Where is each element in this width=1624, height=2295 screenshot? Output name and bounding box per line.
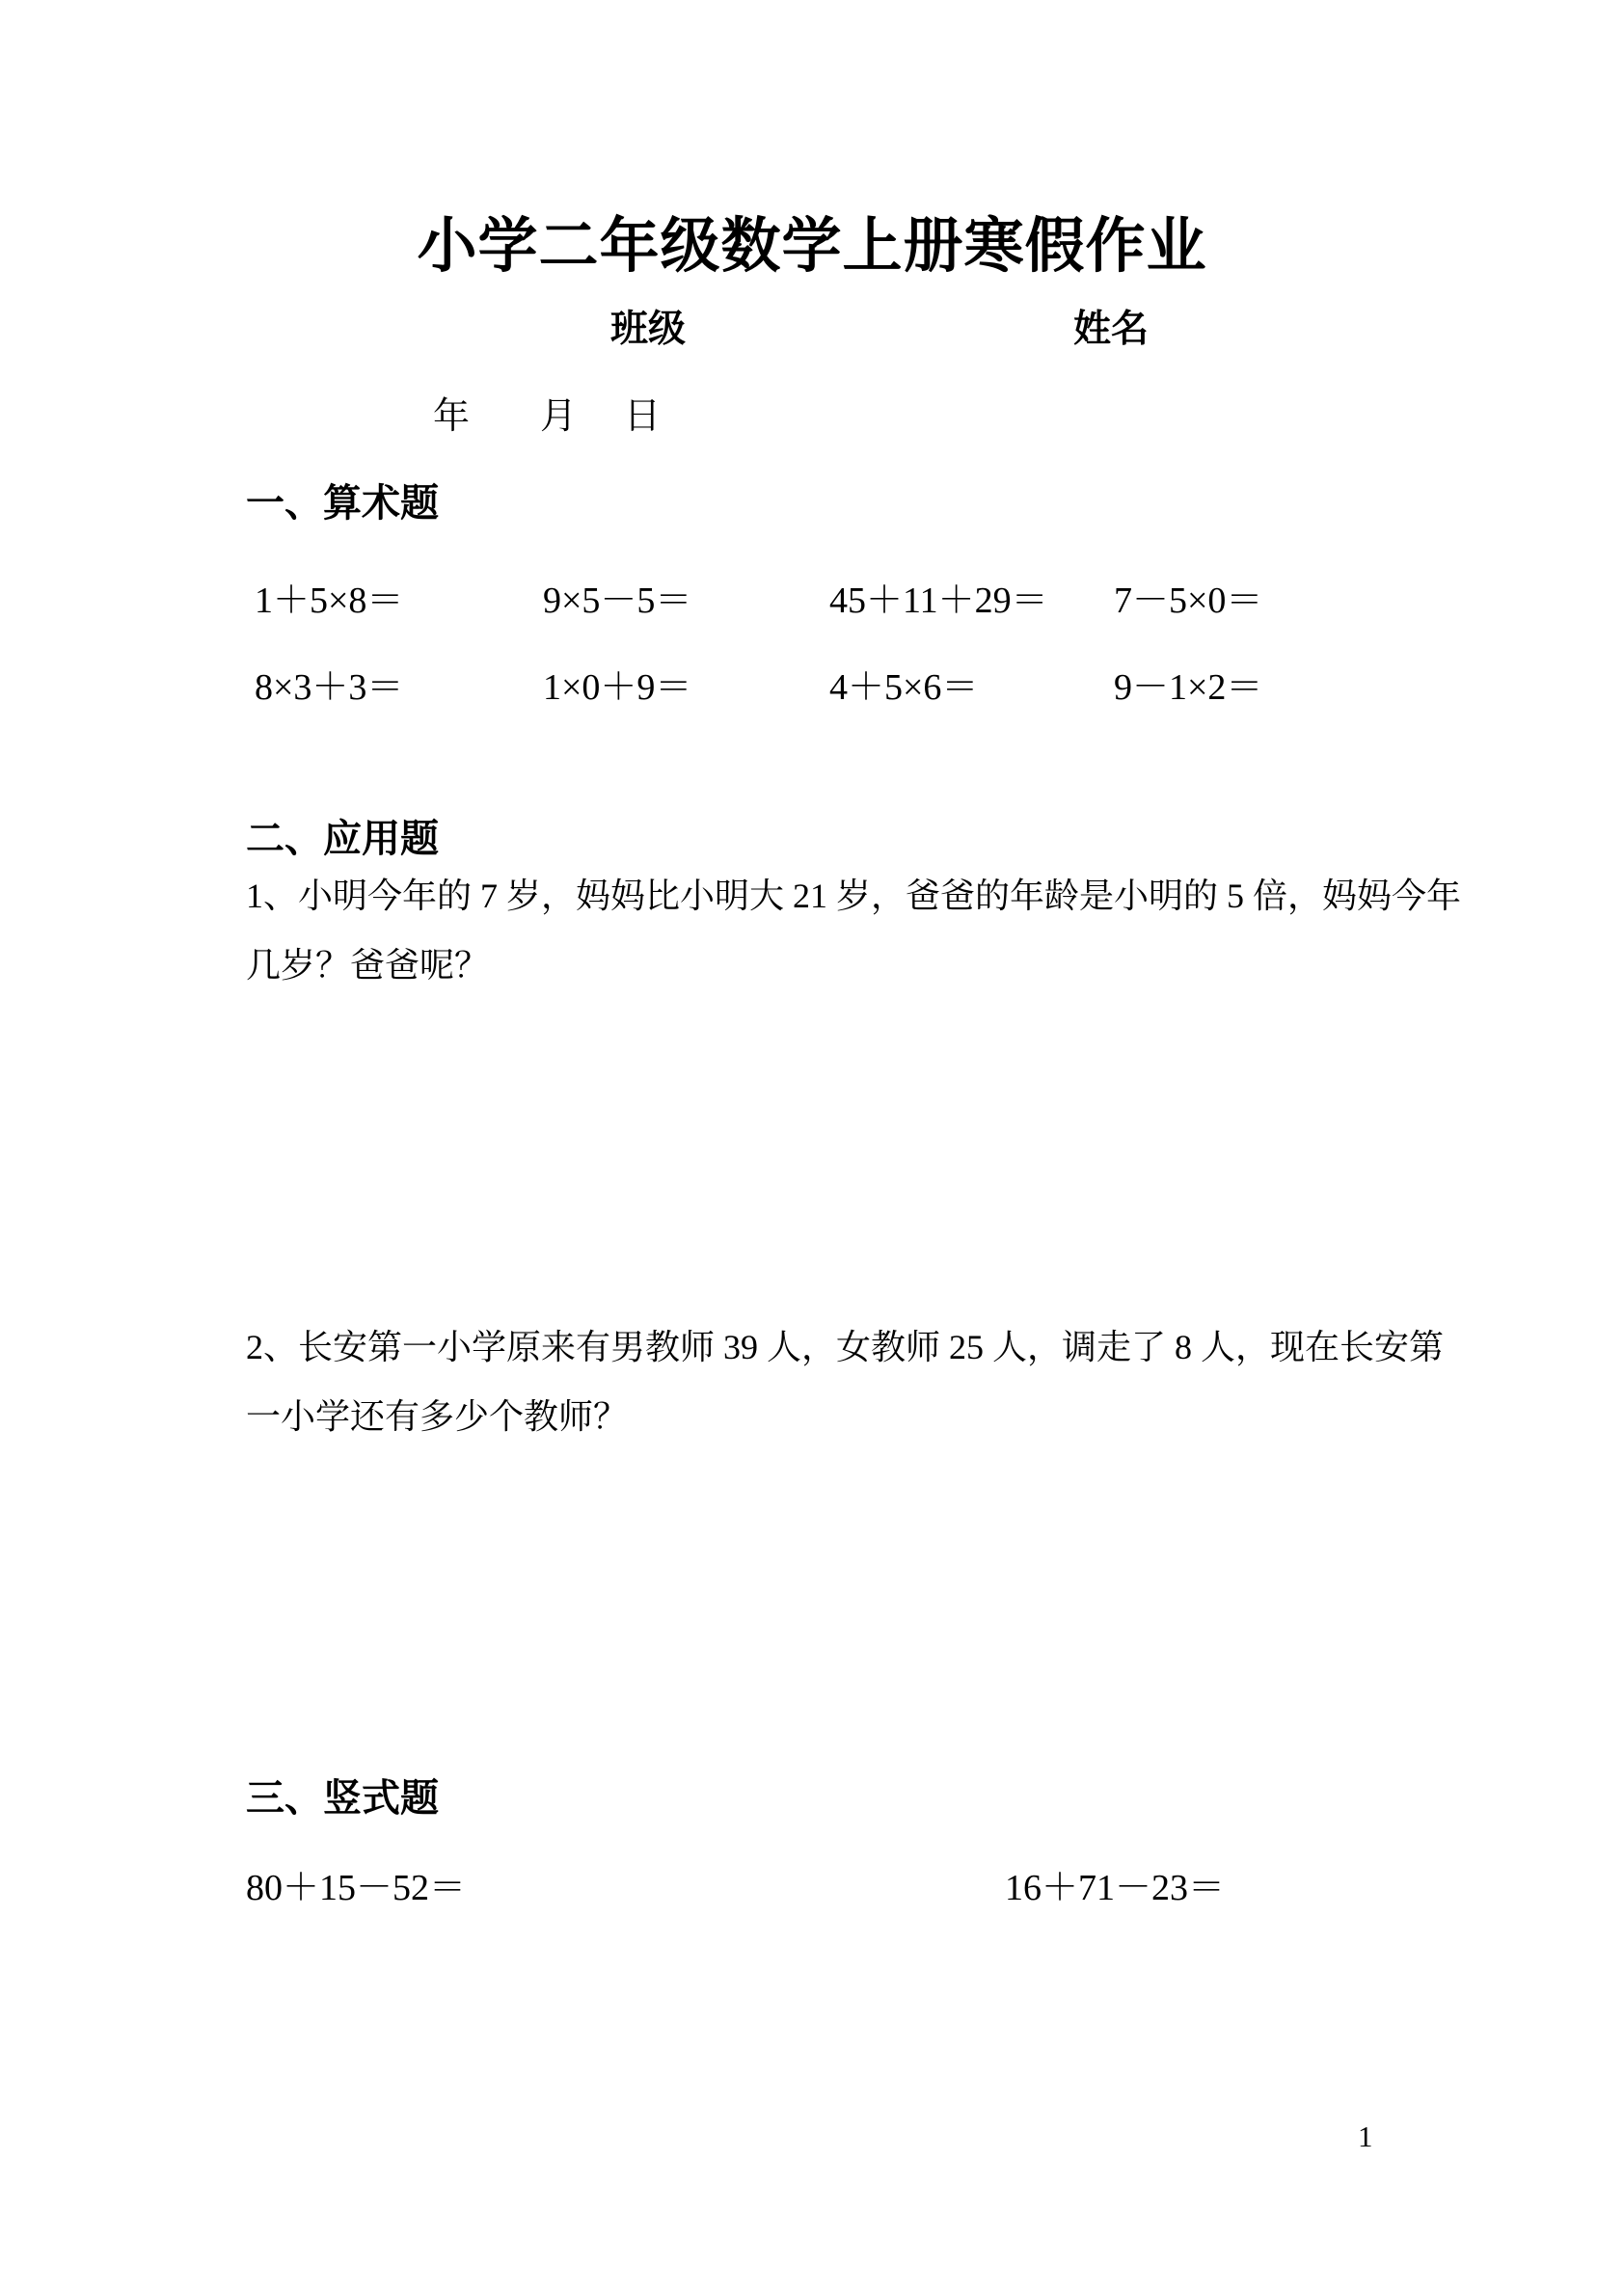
problem-1-line-2: 几岁？爸爸呢？ (246, 945, 1394, 986)
arithmetic-expression: 4＋5×6＝ (829, 657, 978, 710)
arithmetic-expression: 1×0＋9＝ (543, 657, 691, 710)
arithmetic-expression: 45＋11＋29＝ (829, 570, 1048, 623)
day-label: 日 (624, 386, 661, 439)
section-vertical-heading: 三、竖式题 (246, 1768, 439, 1822)
class-label: 班级 (610, 299, 686, 353)
worksheet-page: 小学二年级数学上册寒假作业 班级 姓名 年 月 日 一、算术题 1＋5×8＝ 9… (0, 0, 1624, 2295)
problem-2-line-1: 2、长安第一小学原来有男教师 39 人，女教师 25 人，调走了 8 人，现在长… (246, 1327, 1394, 1368)
section-arithmetic-heading: 一、算术题 (246, 472, 439, 527)
arithmetic-expression: 9－1×2＝ (1114, 657, 1262, 710)
arithmetic-row-2: 8×3＋3＝ 1×0＋9＝ 4＋5×6＝ 9－1×2＝ (0, 657, 1624, 703)
vertical-expression-left: 80＋15－52＝ (246, 1857, 466, 1910)
arithmetic-row-1: 1＋5×8＝ 9×5－5＝ 45＋11＋29＝ 7－5×0＝ (0, 570, 1624, 616)
arithmetic-expression: 9×5－5＝ (543, 570, 691, 623)
arithmetic-expression: 8×3＋3＝ (255, 657, 403, 710)
page-title: 小学二年级数学上册寒假作业 (0, 198, 1624, 283)
section-word-problems-heading: 二、应用题 (246, 808, 439, 863)
vertical-expression-right: 16＋71－23＝ (1005, 1857, 1225, 1910)
problem-1-line-1: 1、小明今年的 7 岁，妈妈比小明大 21 岁，爸爸的年龄是小明的 5 倍，妈妈… (246, 876, 1394, 917)
page-number: 1 (1358, 2119, 1373, 2154)
year-label: 年 (433, 386, 470, 439)
name-label: 姓名 (1073, 299, 1149, 353)
problem-2-line-2: 一小学还有多少个教师？ (246, 1396, 1394, 1438)
arithmetic-expression: 1＋5×8＝ (255, 570, 403, 623)
month-label: 月 (540, 386, 577, 439)
arithmetic-expression: 7－5×0＝ (1114, 570, 1262, 623)
